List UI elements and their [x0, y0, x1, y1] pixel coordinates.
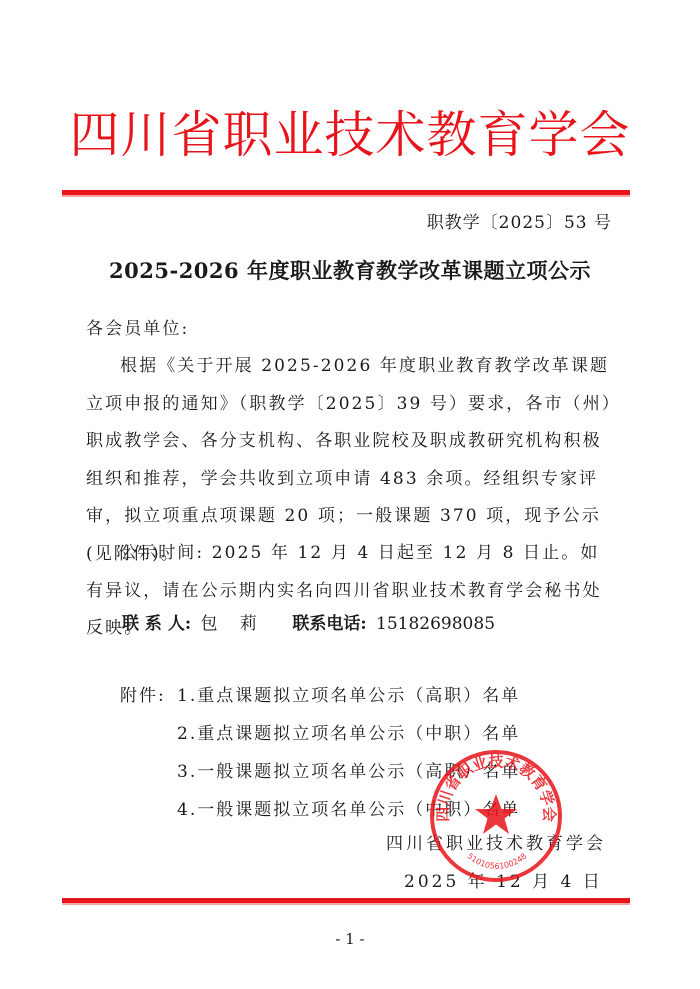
official-seal-icon: 四川省职业技术教育学会 5101056100248 [428, 748, 564, 884]
footer-divider [62, 898, 630, 905]
contact-phone-label: 联系电话: [292, 614, 366, 634]
attachment-item-2: 2.重点课题拟立项名单公示（中职）名单 [177, 719, 520, 749]
contact-info: 联 系 人: 包 莉 联系电话: 15182698085 [122, 609, 495, 639]
attachments-label: 附件: [120, 681, 166, 711]
salutation: 各会员单位: [86, 311, 616, 349]
masthead-organization: 四川省职业技术教育学会 [0, 100, 700, 170]
svg-text:5101056100248: 5101056100248 [466, 852, 529, 871]
header-divider [62, 190, 630, 197]
contact-phone: 15182698085 [376, 614, 495, 634]
contact-person-name: 包 莉 [201, 614, 257, 634]
document-number: 职教学〔2025〕53 号 [427, 210, 612, 236]
contact-person-label: 联 系 人: [122, 614, 191, 634]
page-number: - 1 - [0, 930, 700, 948]
attachment-item-1: 1.重点课题拟立项名单公示（高职）名单 [177, 681, 520, 711]
document-title: 2025-2026 年度职业教育教学改革课题立项公示 [0, 255, 700, 287]
